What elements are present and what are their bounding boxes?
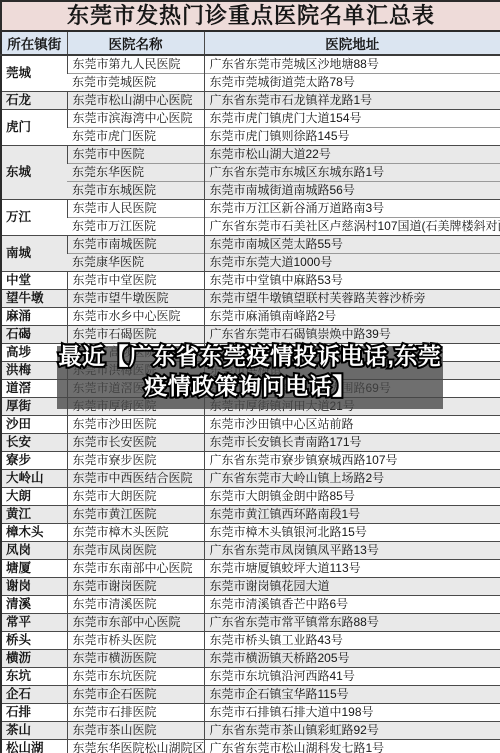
table-title: 东莞市发热门诊重点医院名单汇总表	[1, 1, 500, 31]
town-cell: 横沥	[1, 650, 67, 668]
table-row: 松山湖东莞东华医院松山湖院区广东省东莞市松山湖科发七路1号	[1, 740, 500, 753]
table-row: 凤岗东莞市凤岗医院广东省东莞市凤岗镇凤平路13号	[1, 542, 500, 560]
hospital-name-cell: 东莞市中西医结合医院	[67, 470, 204, 488]
town-cell: 樟木头	[1, 524, 67, 542]
table-row: 东莞市虎门医院东莞市虎门镇则徐路145号	[1, 128, 500, 146]
hospital-address-cell: 东莞市石排镇石排大道中198号	[204, 704, 500, 722]
hospital-name-cell: 东莞市万江医院	[67, 218, 204, 236]
table-row: 沙田东莞市沙田医院东莞市沙田镇中心区站前路	[1, 416, 500, 434]
hospital-address-cell: 东莞市望牛墩镇望联村芙蓉路芙蓉沙桥旁	[204, 290, 500, 308]
town-cell: 长安	[1, 434, 67, 452]
table-row: 桥头东莞市桥头医院东莞市桥头镇工业路43号	[1, 632, 500, 650]
hospital-name-cell: 东莞市望牛墩医院	[67, 290, 204, 308]
hospital-name-cell: 东莞市桥头医院	[67, 632, 204, 650]
column-header-town: 所在镇街	[1, 31, 67, 55]
hospital-address-cell: 广东省东莞市常平镇常东路88号	[204, 614, 500, 632]
hospital-address-cell: 东莞市虎门镇虎门大道154号	[204, 110, 500, 128]
hospital-address-cell: 东莞市企石镇宝华路115号	[204, 686, 500, 704]
town-cell: 黄江	[1, 506, 67, 524]
hospital-name-cell: 东莞市大朗医院	[67, 488, 204, 506]
hospital-address-cell: 东莞市松山湖大道22号	[204, 146, 500, 164]
town-cell: 清溪	[1, 596, 67, 614]
table-row: 常平东莞市东部中心医院广东省东莞市常平镇常东路88号	[1, 614, 500, 632]
hospital-address-cell: 东莞市麻涌镇南峰路2号	[204, 308, 500, 326]
hospital-name-cell: 东莞东华医院	[67, 164, 204, 182]
title-row: 东莞市发热门诊重点医院名单汇总表	[1, 1, 500, 31]
table-row: 茶山东莞市茶山医院广东省东莞市茶山镇彩虹路92号	[1, 722, 500, 740]
hospital-address-cell: 东莞市长安镇长青南路171号	[204, 434, 500, 452]
table-row: 东莞市莞城医院东莞市莞城街道莞太路78号	[1, 74, 500, 92]
hospital-name-cell: 东莞市茶山医院	[67, 722, 204, 740]
table-row: 麻涌东莞市水乡中心医院东莞市麻涌镇南峰路2号	[1, 308, 500, 326]
hospital-name-cell: 东莞市南城医院	[67, 236, 204, 254]
watermark-line-1: 最近【广东省东莞疫情投诉电话,东莞	[0, 341, 500, 371]
hospital-address-cell: 广东省东莞市松山湖科发七路1号	[204, 740, 500, 753]
hospital-name-cell: 东莞市东南部中心医院	[67, 560, 204, 578]
table-row: 南城东莞市南城医院东莞市南城区莞太路55号	[1, 236, 500, 254]
table-row: 大岭山东莞市中西医结合医院广东省东莞市大岭山镇上场路2号	[1, 470, 500, 488]
hospital-name-cell: 东莞市虎门医院	[67, 128, 204, 146]
hospital-name-cell: 东莞市石排医院	[67, 704, 204, 722]
town-cell: 塘厦	[1, 560, 67, 578]
hospital-name-cell: 东莞市东部中心医院	[67, 614, 204, 632]
town-cell: 南城	[1, 236, 67, 272]
hospital-name-cell: 东莞市莞城医院	[67, 74, 204, 92]
hospital-name-cell: 东莞市水乡中心医院	[67, 308, 204, 326]
table-row: 石龙东莞市松山湖中心医院广东省东莞市石龙镇祥龙路1号	[1, 92, 500, 110]
table-row: 石排东莞市石排医院东莞市石排镇石排大道中198号	[1, 704, 500, 722]
town-cell: 莞城	[1, 55, 67, 92]
hospital-name-cell: 东莞市人民医院	[67, 200, 204, 218]
hospital-address-cell: 广东省东莞市寮步镇寮城西路107号	[204, 452, 500, 470]
hospital-address-cell: 东莞市桥头镇工业路43号	[204, 632, 500, 650]
hospital-address-cell: 东莞市塘厦镇蛟坪大道113号	[204, 560, 500, 578]
town-cell: 东城	[1, 146, 67, 200]
town-cell: 中堂	[1, 272, 67, 290]
table-row: 塘厦东莞市东南部中心医院东莞市塘厦镇蛟坪大道113号	[1, 560, 500, 578]
hospital-address-cell: 东莞市谢岗镇花园大道	[204, 578, 500, 596]
table-row: 樟木头东莞市樟木头医院东莞市樟木头镇银河北路15号	[1, 524, 500, 542]
watermark-text: 最近【广东省东莞疫情投诉电话,东莞 疫情政策询问电话】	[0, 341, 500, 401]
hospital-address-cell: 广东省东莞市茶山镇彩虹路92号	[204, 722, 500, 740]
hospital-name-cell: 东莞市滨海湾中心医院	[67, 110, 204, 128]
town-cell: 常平	[1, 614, 67, 632]
table-row: 虎门东莞市滨海湾中心医院东莞市虎门镇虎门大道154号	[1, 110, 500, 128]
hospital-address-cell: 东莞市黄江镇西环路南段1号	[204, 506, 500, 524]
hospital-name-cell: 东莞市黄江医院	[67, 506, 204, 524]
hospital-address-cell: 广东省东莞市大岭山镇上场路2号	[204, 470, 500, 488]
table-row: 东坑东莞市东坑医院东莞市东坑镇沿河西路41号	[1, 668, 500, 686]
hospital-address-cell: 东莞市中堂镇中麻路53号	[204, 272, 500, 290]
table-row: 寮步东莞市寮步医院广东省东莞市寮步镇寮城西路107号	[1, 452, 500, 470]
town-cell: 虎门	[1, 110, 67, 146]
hospital-name-cell: 东莞市东城医院	[67, 182, 204, 200]
hospital-name-cell: 东莞市谢岗医院	[67, 578, 204, 596]
hospital-address-cell: 东莞市万江区新谷涌万道路南3号	[204, 200, 500, 218]
table-row: 大朗东莞市大朗医院东莞市大朗镇金朗中路85号	[1, 488, 500, 506]
town-cell: 企石	[1, 686, 67, 704]
hospital-name-cell: 东莞市凤岗医院	[67, 542, 204, 560]
hospital-address-cell: 广东省东莞市凤岗镇凤平路13号	[204, 542, 500, 560]
town-cell: 茶山	[1, 722, 67, 740]
table-row: 长安东莞市长安医院东莞市长安镇长青南路171号	[1, 434, 500, 452]
hospital-name-cell: 东莞市中堂医院	[67, 272, 204, 290]
table-row: 谢岗东莞市谢岗医院东莞市谢岗镇花园大道	[1, 578, 500, 596]
table-row: 东莞市东城医院东莞市南城街道南城路56号	[1, 182, 500, 200]
table-row: 横沥东莞市横沥医院东莞市横沥镇天桥路205号	[1, 650, 500, 668]
hospital-name-cell: 东莞市樟木头医院	[67, 524, 204, 542]
hospital-name-cell: 东莞市横沥医院	[67, 650, 204, 668]
table-row: 清溪东莞市清溪医院东莞市清溪镇香芒中路6号	[1, 596, 500, 614]
table-row: 莞城东莞市第九人民医院广东省东莞市莞城区沙地塘88号	[1, 55, 500, 74]
town-cell: 望牛墩	[1, 290, 67, 308]
header-row: 所在镇街 医院名称 医院地址	[1, 31, 500, 55]
watermark-line-2: 疫情政策询问电话】	[0, 371, 500, 401]
hospital-address-cell: 广东省东莞市莞城区沙地塘88号	[204, 55, 500, 74]
hospital-name-cell: 东莞市清溪医院	[67, 596, 204, 614]
hospital-address-cell: 广东省东莞市石龙镇祥龙路1号	[204, 92, 500, 110]
table-row: 东莞东华医院广东省东莞市东城区东城东路1号	[1, 164, 500, 182]
town-cell: 麻涌	[1, 308, 67, 326]
hospital-address-cell: 广东省东莞市东城区东城东路1号	[204, 164, 500, 182]
column-header-hospital-name: 医院名称	[67, 31, 204, 55]
hospital-name-cell: 东莞市松山湖中心医院	[67, 92, 204, 110]
hospital-name-cell: 东莞市寮步医院	[67, 452, 204, 470]
hospital-address-cell: 东莞市横沥镇天桥路205号	[204, 650, 500, 668]
hospital-name-cell: 东莞市东坑医院	[67, 668, 204, 686]
hospital-address-cell: 东莞市沙田镇中心区站前路	[204, 416, 500, 434]
hospital-name-cell: 东莞东华医院松山湖院区	[67, 740, 204, 753]
town-cell: 大岭山	[1, 470, 67, 488]
hospital-address-cell: 东莞市大朗镇金朗中路85号	[204, 488, 500, 506]
column-header-hospital-address: 医院地址	[204, 31, 500, 55]
town-cell: 大朗	[1, 488, 67, 506]
town-cell: 沙田	[1, 416, 67, 434]
hospital-address-cell: 东莞市东坑镇沿河西路41号	[204, 668, 500, 686]
hospital-name-cell: 东莞市中医院	[67, 146, 204, 164]
hospital-address-cell: 东莞市虎门镇则徐路145号	[204, 128, 500, 146]
hospital-name-cell: 东莞康华医院	[67, 254, 204, 272]
town-cell: 石排	[1, 704, 67, 722]
town-cell: 万江	[1, 200, 67, 236]
table-row: 黄江东莞市黄江医院东莞市黄江镇西环路南段1号	[1, 506, 500, 524]
hospital-address-cell: 东莞市南城区莞太路55号	[204, 236, 500, 254]
town-cell: 松山湖	[1, 740, 67, 753]
page: 东莞市发热门诊重点医院名单汇总表 所在镇街 医院名称 医院地址 莞城东莞市第九人…	[0, 0, 500, 753]
hospital-address-cell: 东莞市樟木头镇银河北路15号	[204, 524, 500, 542]
table-row: 东城东莞市中医院东莞市松山湖大道22号	[1, 146, 500, 164]
hospital-address-cell: 东莞市清溪镇香芒中路6号	[204, 596, 500, 614]
hospital-address-cell: 东莞市南城街道南城路56号	[204, 182, 500, 200]
hospital-name-cell: 东莞市长安医院	[67, 434, 204, 452]
hospital-address-cell: 东莞市莞城街道莞太路78号	[204, 74, 500, 92]
town-cell: 桥头	[1, 632, 67, 650]
table-row: 东莞康华医院东莞市东莞大道1000号	[1, 254, 500, 272]
table-row: 企石东莞市企石医院东莞市企石镇宝华路115号	[1, 686, 500, 704]
hospital-address-cell: 东莞市东莞大道1000号	[204, 254, 500, 272]
table-row: 万江东莞市人民医院东莞市万江区新谷涌万道路南3号	[1, 200, 500, 218]
town-cell: 谢岗	[1, 578, 67, 596]
table-row: 中堂东莞市中堂医院东莞市中堂镇中麻路53号	[1, 272, 500, 290]
hospital-name-cell: 东莞市沙田医院	[67, 416, 204, 434]
town-cell: 石龙	[1, 92, 67, 110]
table-row: 望牛墩东莞市望牛墩医院东莞市望牛墩镇望联村芙蓉路芙蓉沙桥旁	[1, 290, 500, 308]
table-row: 东莞市万江医院广东省东莞市石美社区卢慈涡村107国道(石美牌楼斜对面)	[1, 218, 500, 236]
hospital-address-cell: 广东省东莞市石美社区卢慈涡村107国道(石美牌楼斜对面)	[204, 218, 500, 236]
town-cell: 寮步	[1, 452, 67, 470]
hospital-name-cell: 东莞市企石医院	[67, 686, 204, 704]
hospital-name-cell: 东莞市第九人民医院	[67, 55, 204, 74]
town-cell: 东坑	[1, 668, 67, 686]
town-cell: 凤岗	[1, 542, 67, 560]
